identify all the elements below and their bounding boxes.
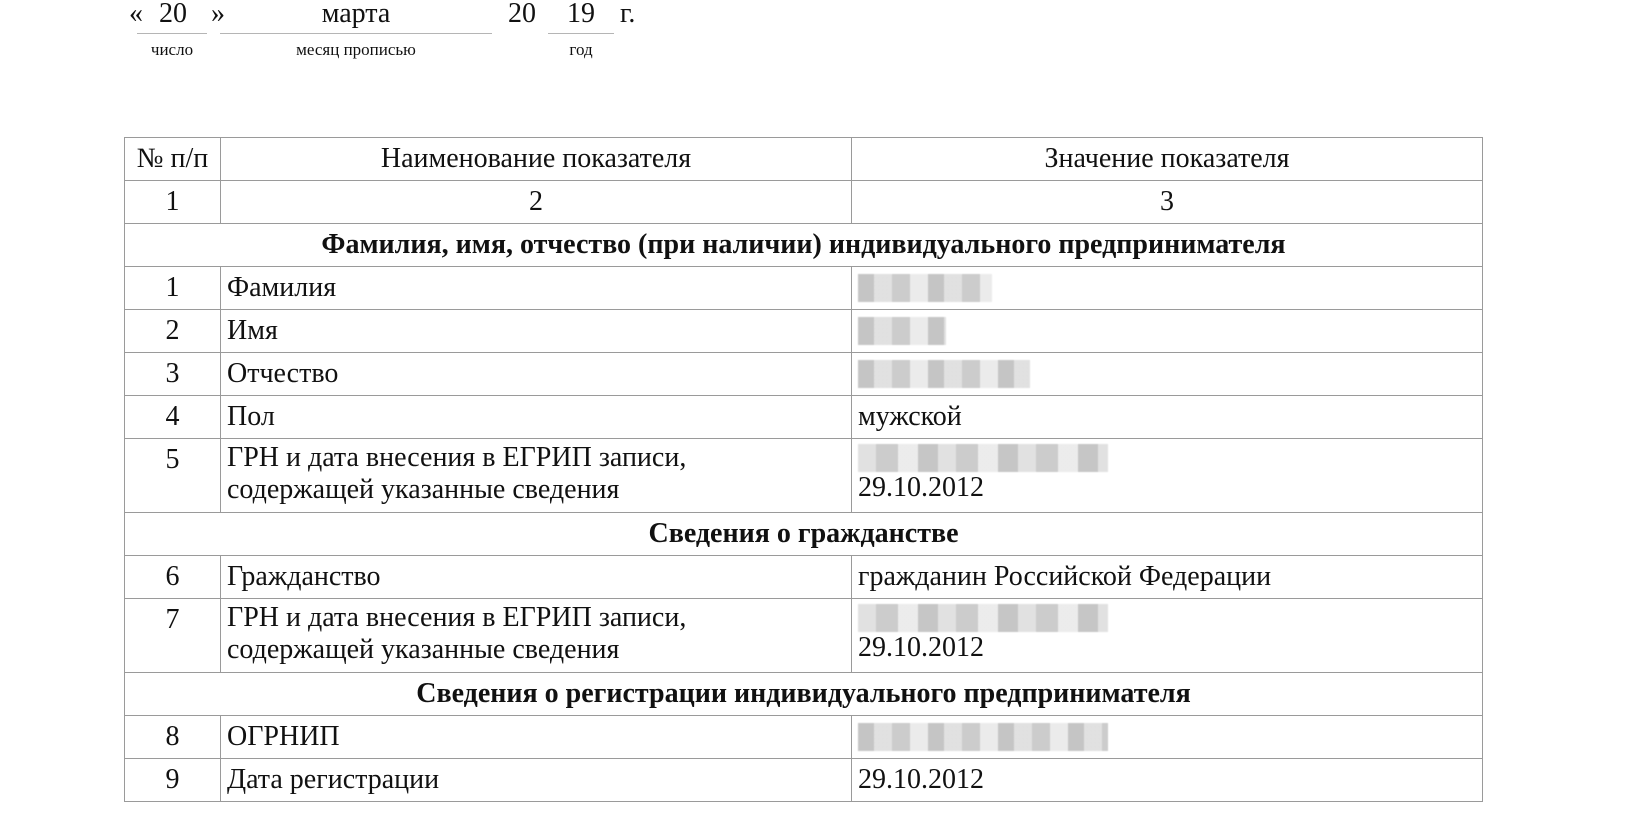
table-row: 3 Отчество xyxy=(125,353,1483,396)
row-name-line: содержащей указанные сведения xyxy=(227,474,845,506)
date-month: марта xyxy=(220,0,492,28)
header-num: № п/п xyxy=(125,138,221,181)
row-number: 9 xyxy=(125,759,221,802)
table-row: 7 ГРН и дата внесения в ЕГРИП записи, со… xyxy=(125,599,1483,673)
row-name: Отчество xyxy=(221,353,852,396)
row-number: 4 xyxy=(125,396,221,439)
row-value-date: 29.10.2012 xyxy=(858,632,1476,664)
row-value: мужской xyxy=(852,396,1483,439)
egrip-extract-table: № п/п Наименование показателя Значение п… xyxy=(124,137,1483,802)
header-name: Наименование показателя xyxy=(221,138,852,181)
row-number: 6 xyxy=(125,556,221,599)
row-name: Гражданство xyxy=(221,556,852,599)
column-number: 2 xyxy=(221,181,852,224)
section-title: Сведения о регистрации индивидуального п… xyxy=(125,673,1483,716)
year-underline xyxy=(548,33,614,34)
row-value: гражданин Российской Федерации xyxy=(852,556,1483,599)
row-number: 5 xyxy=(125,439,221,513)
table-row: 1 Фамилия xyxy=(125,267,1483,310)
table-row: 6 Гражданство гражданин Российской Федер… xyxy=(125,556,1483,599)
table-row: 5 ГРН и дата внесения в ЕГРИП записи, со… xyxy=(125,439,1483,513)
row-name: Пол xyxy=(221,396,852,439)
row-name-line: ГРН и дата внесения в ЕГРИП записи, xyxy=(227,602,845,634)
row-name: Дата регистрации xyxy=(221,759,852,802)
header-value: Значение показателя xyxy=(852,138,1483,181)
row-number: 7 xyxy=(125,599,221,673)
section-title: Сведения о гражданстве xyxy=(125,513,1483,556)
redacted-value xyxy=(858,274,992,302)
row-name: ГРН и дата внесения в ЕГРИП записи, соде… xyxy=(221,599,852,673)
date-year-unit: г. xyxy=(620,0,635,28)
row-value xyxy=(852,310,1483,353)
row-name: ОГРНИП xyxy=(221,716,852,759)
row-name: Имя xyxy=(221,310,852,353)
row-value: 29.10.2012 xyxy=(852,599,1483,673)
month-underline xyxy=(220,33,492,34)
table-row: 8 ОГРНИП xyxy=(125,716,1483,759)
redacted-value xyxy=(858,317,946,345)
column-number: 1 xyxy=(125,181,221,224)
column-number-row: 1 2 3 xyxy=(125,181,1483,224)
row-number: 2 xyxy=(125,310,221,353)
row-name-line: ГРН и дата внесения в ЕГРИП записи, xyxy=(227,442,845,474)
header-row: № п/п Наименование показателя Значение п… xyxy=(125,138,1483,181)
table-row: 4 Пол мужской xyxy=(125,396,1483,439)
row-name: ГРН и дата внесения в ЕГРИП записи, соде… xyxy=(221,439,852,513)
row-name: Фамилия xyxy=(221,267,852,310)
date-year-prefix: 20 xyxy=(508,0,536,28)
caption-month: месяц прописью xyxy=(220,40,492,60)
column-number: 3 xyxy=(852,181,1483,224)
section-heading: Сведения о регистрации индивидуального п… xyxy=(125,673,1483,716)
row-value xyxy=(852,267,1483,310)
redacted-value xyxy=(858,723,1108,751)
row-value: 29.10.2012 xyxy=(852,439,1483,513)
date-year-suffix: 19 xyxy=(546,0,616,28)
row-value-date: 29.10.2012 xyxy=(858,472,1476,504)
row-value xyxy=(852,353,1483,396)
redacted-value xyxy=(858,604,1108,632)
row-number: 3 xyxy=(125,353,221,396)
table-row: 9 Дата регистрации 29.10.2012 xyxy=(125,759,1483,802)
table-row: 2 Имя xyxy=(125,310,1483,353)
caption-year: год xyxy=(548,40,614,60)
section-title: Фамилия, имя, отчество (при наличии) инд… xyxy=(125,224,1483,267)
row-number: 1 xyxy=(125,267,221,310)
redacted-value xyxy=(858,444,1108,472)
row-value xyxy=(852,716,1483,759)
caption-day: число xyxy=(137,40,207,60)
redacted-value xyxy=(858,360,1030,388)
section-heading: Фамилия, имя, отчество (при наличии) инд… xyxy=(125,224,1483,267)
row-name-line: содержащей указанные сведения xyxy=(227,634,845,666)
document-date-line: « 20 » марта 20 19 г. число месяц пропис… xyxy=(0,0,1632,70)
day-underline xyxy=(137,33,207,34)
row-number: 8 xyxy=(125,716,221,759)
section-heading: Сведения о гражданстве xyxy=(125,513,1483,556)
date-day: 20 xyxy=(138,0,208,28)
row-value: 29.10.2012 xyxy=(852,759,1483,802)
